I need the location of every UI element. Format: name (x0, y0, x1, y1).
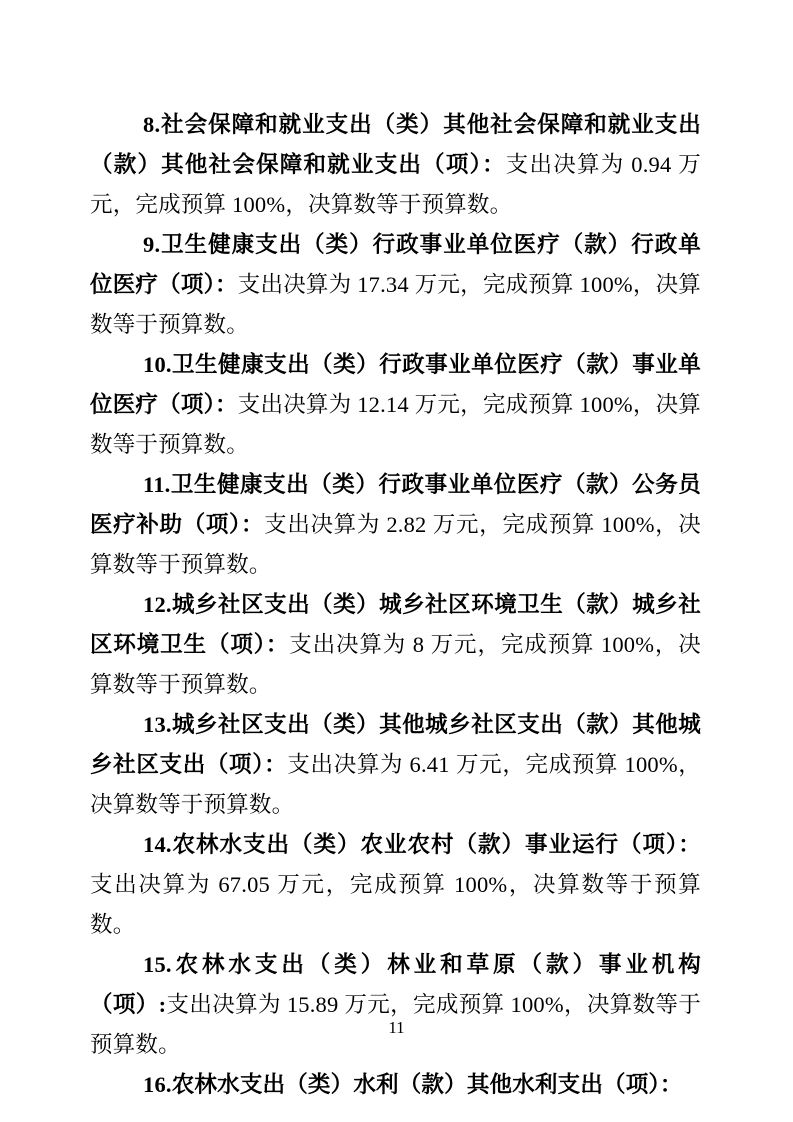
budget-item-16: 16.农林水支出（类）水利（款）其他水利支出（项）： (90, 1065, 701, 1105)
budget-item-14: 14.农林水支出（类）农业农村（款）事业运行（项）：支出决算为 67.05 万元… (90, 825, 701, 945)
budget-item-14-heading: 14.农林水支出（类）农业农村（款）事业运行（项）： (143, 832, 701, 857)
budget-item-10: 10.卫生健康支出（类）行政事业单位医疗（款）事业单位医疗（项）：支出决算为 1… (90, 345, 701, 465)
budget-item-15: 15.农林水支出（类）林业和草原（款）事业机构（项）:支出决算为 15.89 万… (90, 945, 701, 1065)
budget-item-11: 11.卫生健康支出（类）行政事业单位医疗（款）公务员医疗补助（项）：支出决算为 … (90, 465, 701, 585)
budget-item-9: 9.卫生健康支出（类）行政事业单位医疗（款）行政单位医疗（项）：支出决算为 17… (90, 225, 701, 345)
budget-item-12: 12.城乡社区支出（类）城乡社区环境卫生（款）城乡社区环境卫生（项）：支出决算为… (90, 585, 701, 705)
budget-item-8: 8.社会保障和就业支出（类）其他社会保障和就业支出（款）其他社会保障和就业支出（… (90, 105, 701, 225)
budget-item-14-body: 支出决算为 67.05 万元，完成预算 100%，决算数等于预算数。 (90, 872, 701, 937)
document-page: 8.社会保障和就业支出（类）其他社会保障和就业支出（款）其他社会保障和就业支出（… (0, 0, 793, 1122)
budget-item-13: 13.城乡社区支出（类）其他城乡社区支出（款）其他城乡社区支出（项）：支出决算为… (90, 705, 701, 825)
page-number: 11 (0, 1016, 793, 1040)
budget-item-16-heading: 16.农林水支出（类）水利（款）其他水利支出（项）： (143, 1072, 683, 1097)
document-body-text: 8.社会保障和就业支出（类）其他社会保障和就业支出（款）其他社会保障和就业支出（… (90, 105, 701, 1105)
